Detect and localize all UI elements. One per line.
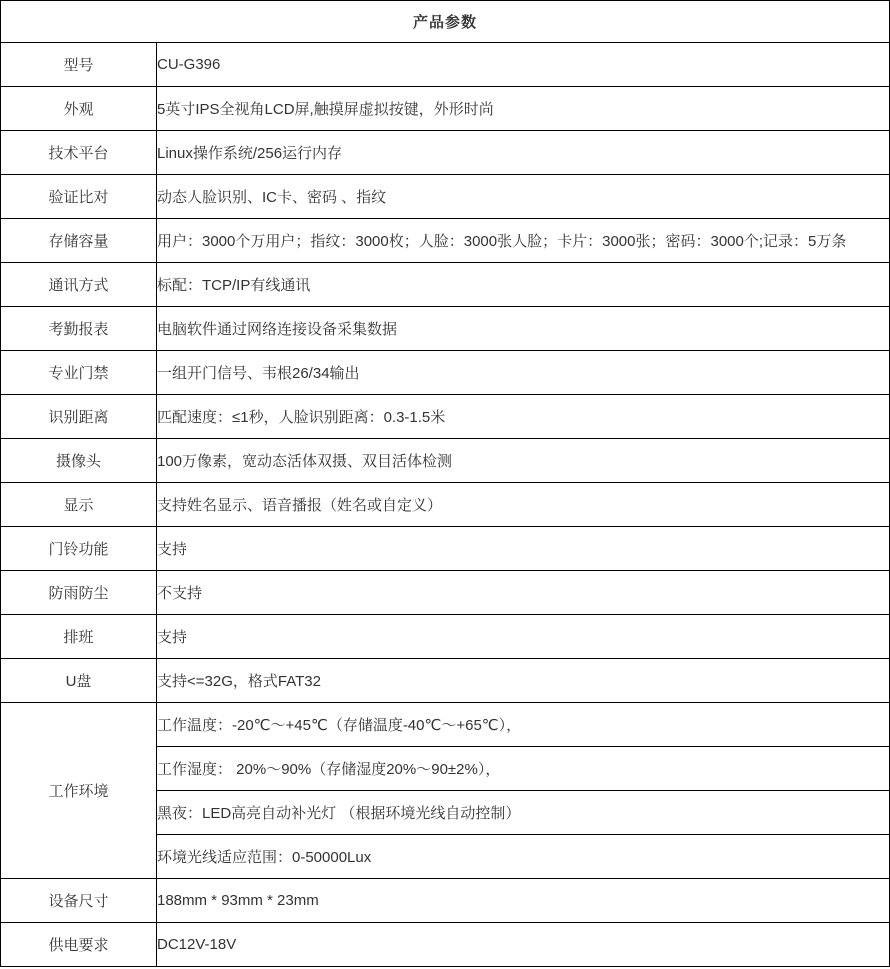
spec-value: 一组开门信号、韦根26/34输出 bbox=[157, 351, 890, 395]
spec-value: 不支持 bbox=[157, 571, 890, 615]
spec-value: 电脑软件通过网络连接设备采集数据 bbox=[157, 307, 890, 351]
spec-row: 排班支持 bbox=[1, 615, 890, 659]
spec-row: 通讯方式标配：TCP/IP有线通讯 bbox=[1, 263, 890, 307]
spec-label: 防雨防尘 bbox=[1, 571, 157, 615]
spec-label: 型号 bbox=[1, 43, 157, 87]
spec-row: 供电要求DC12V-18V bbox=[1, 923, 890, 967]
spec-value: 100万像素，宽动态活体双摄、双目活体检测 bbox=[157, 439, 890, 483]
spec-row: 识别距离匹配速度：≤1秒，人脸识别距离：0.3-1.5米 bbox=[1, 395, 890, 439]
spec-label: 显示 bbox=[1, 483, 157, 527]
spec-value: 支持 bbox=[157, 527, 890, 571]
spec-value: 环境光线适应范围：0-50000Lux bbox=[157, 835, 890, 879]
product-spec-table: 产品参数 型号CU-G396外观5英寸IPS全视角LCD屏,触摸屏虚拟按键，外形… bbox=[0, 0, 890, 967]
spec-table-body: 型号CU-G396外观5英寸IPS全视角LCD屏,触摸屏虚拟按键，外形时尚技术平… bbox=[1, 43, 890, 967]
spec-label: 验证比对 bbox=[1, 175, 157, 219]
spec-label: 存储容量 bbox=[1, 219, 157, 263]
spec-row: 外观5英寸IPS全视角LCD屏,触摸屏虚拟按键，外形时尚 bbox=[1, 87, 890, 131]
spec-label: 门铃功能 bbox=[1, 527, 157, 571]
spec-value: 动态人脸识别、IC卡、密码 、指纹 bbox=[157, 175, 890, 219]
spec-row: U盘支持<=32G，格式FAT32 bbox=[1, 659, 890, 703]
spec-row: 摄像头100万像素，宽动态活体双摄、双目活体检测 bbox=[1, 439, 890, 483]
spec-value: 标配：TCP/IP有线通讯 bbox=[157, 263, 890, 307]
spec-value: CU-G396 bbox=[157, 43, 890, 87]
spec-row: 设备尺寸188mm * 93mm * 23mm bbox=[1, 879, 890, 923]
spec-row: 技术平台Linux操作系统/256运行内存 bbox=[1, 131, 890, 175]
spec-label: U盘 bbox=[1, 659, 157, 703]
spec-value: 匹配速度：≤1秒，人脸识别距离：0.3-1.5米 bbox=[157, 395, 890, 439]
spec-label: 工作环境 bbox=[1, 703, 157, 879]
product-parameters-page: 产品参数 型号CU-G396外观5英寸IPS全视角LCD屏,触摸屏虚拟按键，外形… bbox=[0, 0, 890, 969]
title-row: 产品参数 bbox=[1, 1, 890, 43]
spec-value: 用户：3000个万用户；指纹：3000枚；人脸：3000张人脸；卡片：3000张… bbox=[157, 219, 890, 263]
spec-label: 通讯方式 bbox=[1, 263, 157, 307]
spec-value: 工作温度：-20℃～+45℃（存储温度-40℃～+65℃）， bbox=[157, 703, 890, 747]
spec-value: DC12V-18V bbox=[157, 923, 890, 967]
spec-value: 支持姓名显示、语音播报（姓名或自定义） bbox=[157, 483, 890, 527]
spec-label: 考勤报表 bbox=[1, 307, 157, 351]
spec-value: 工作湿度： 20%～90%（存储湿度20%～90±2%）， bbox=[157, 747, 890, 791]
spec-row: 工作环境工作温度：-20℃～+45℃（存储温度-40℃～+65℃）， bbox=[1, 703, 890, 747]
spec-label: 专业门禁 bbox=[1, 351, 157, 395]
spec-row: 考勤报表电脑软件通过网络连接设备采集数据 bbox=[1, 307, 890, 351]
spec-row: 显示支持姓名显示、语音播报（姓名或自定义） bbox=[1, 483, 890, 527]
spec-row: 专业门禁一组开门信号、韦根26/34输出 bbox=[1, 351, 890, 395]
spec-label: 供电要求 bbox=[1, 923, 157, 967]
spec-row: 存储容量用户：3000个万用户；指纹：3000枚；人脸：3000张人脸；卡片：3… bbox=[1, 219, 890, 263]
spec-value: Linux操作系统/256运行内存 bbox=[157, 131, 890, 175]
table-title: 产品参数 bbox=[1, 1, 890, 43]
spec-row: 验证比对动态人脸识别、IC卡、密码 、指纹 bbox=[1, 175, 890, 219]
spec-value: 5英寸IPS全视角LCD屏,触摸屏虚拟按键，外形时尚 bbox=[157, 87, 890, 131]
spec-label: 设备尺寸 bbox=[1, 879, 157, 923]
spec-label: 排班 bbox=[1, 615, 157, 659]
spec-label: 技术平台 bbox=[1, 131, 157, 175]
spec-row: 型号CU-G396 bbox=[1, 43, 890, 87]
spec-value: 支持 bbox=[157, 615, 890, 659]
spec-row: 门铃功能支持 bbox=[1, 527, 890, 571]
spec-row: 防雨防尘不支持 bbox=[1, 571, 890, 615]
spec-label: 识别距离 bbox=[1, 395, 157, 439]
spec-label: 摄像头 bbox=[1, 439, 157, 483]
spec-value: 黑夜：LED高亮自动补光灯 （根据环境光线自动控制） bbox=[157, 791, 890, 835]
spec-label: 外观 bbox=[1, 87, 157, 131]
spec-value: 支持<=32G，格式FAT32 bbox=[157, 659, 890, 703]
spec-value: 188mm * 93mm * 23mm bbox=[157, 879, 890, 923]
